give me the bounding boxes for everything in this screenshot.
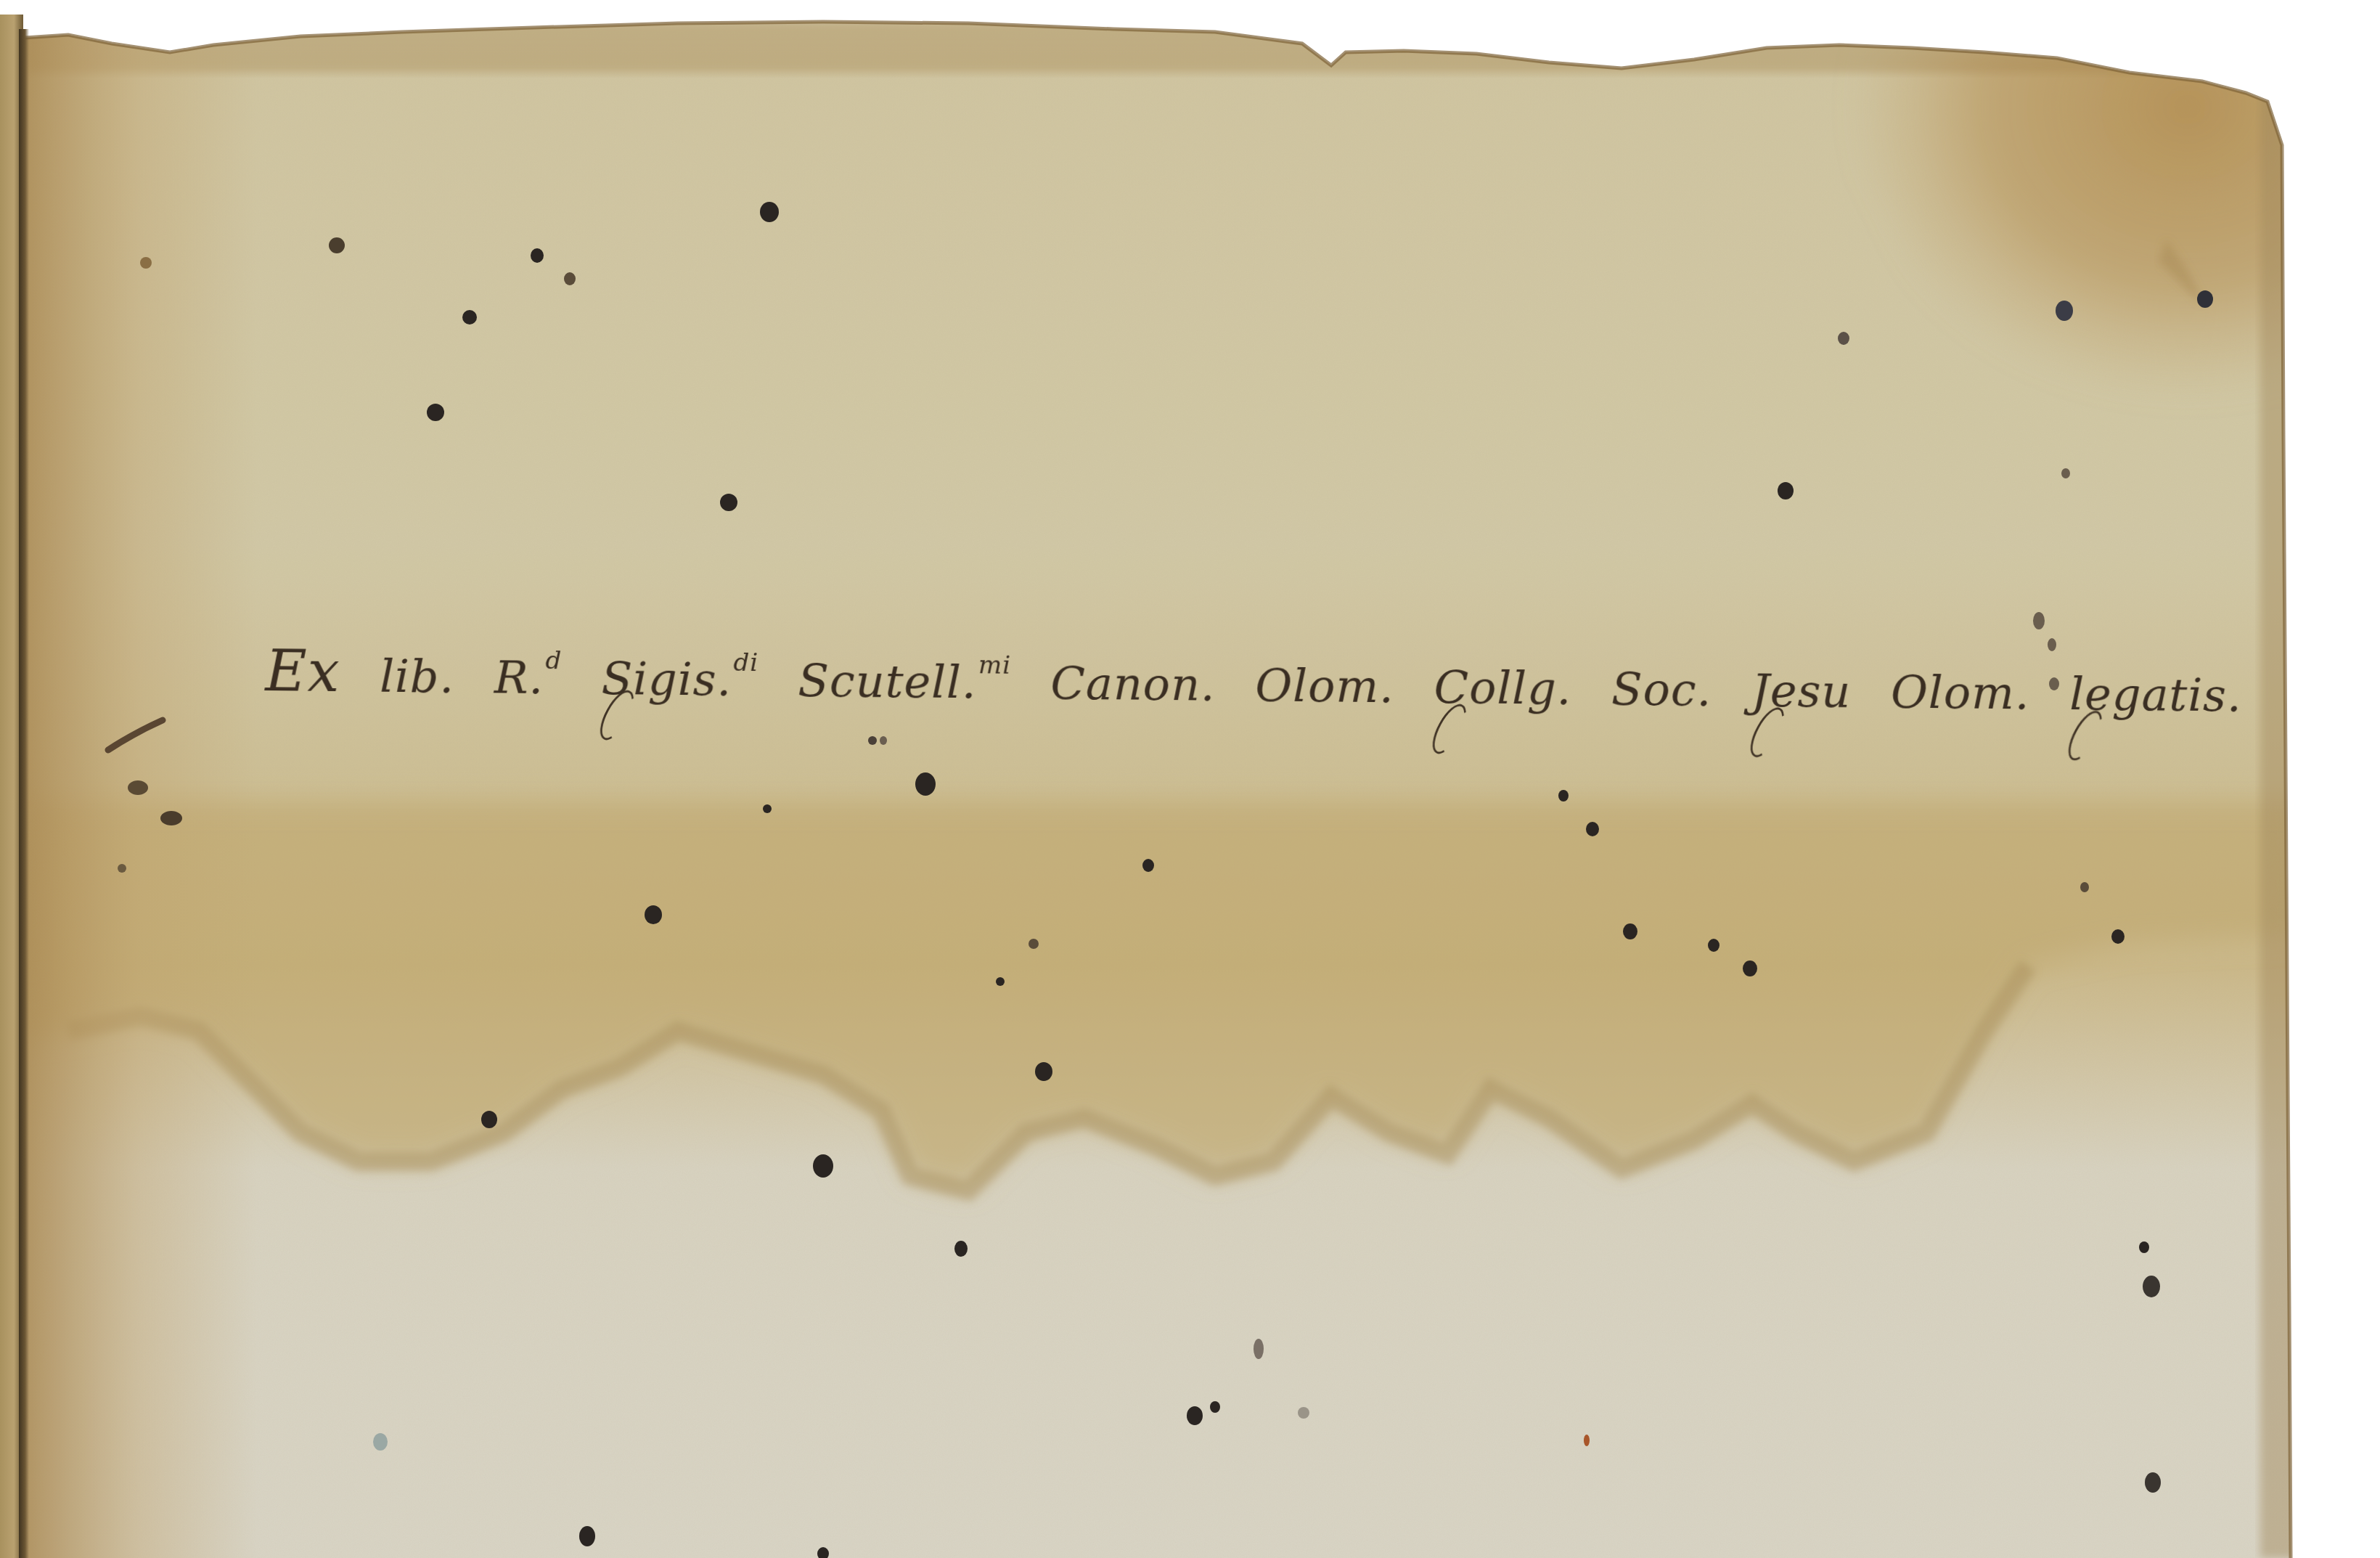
gutter-shadow (19, 29, 29, 1558)
inscription-word: Collg. (1434, 661, 1572, 715)
ownership-inscription: Ex lib. R.d Sigis.di Scutell.mi Canon. O… (264, 639, 1935, 802)
inscription-word: Soc. (1611, 662, 1712, 716)
inscription-word: Canon. (1050, 656, 1216, 711)
inscription-word: Sigis.di (601, 647, 758, 706)
inscription-word: Olom. (1891, 665, 2030, 719)
inscription-word: legatis. (2069, 667, 2242, 722)
manuscript-photo: Ex lib. R.d Sigis.di Scutell.mi Canon. O… (0, 0, 2380, 1558)
inscription-word: Scutell.mi (798, 649, 1011, 709)
inscription-word: Jesu (1751, 664, 1852, 717)
inscription-word: Olom. (1255, 658, 1394, 713)
inscription-word: lib. (380, 650, 455, 703)
inscription-word: R.d (494, 645, 563, 704)
inscription-word: Ex (265, 639, 340, 705)
